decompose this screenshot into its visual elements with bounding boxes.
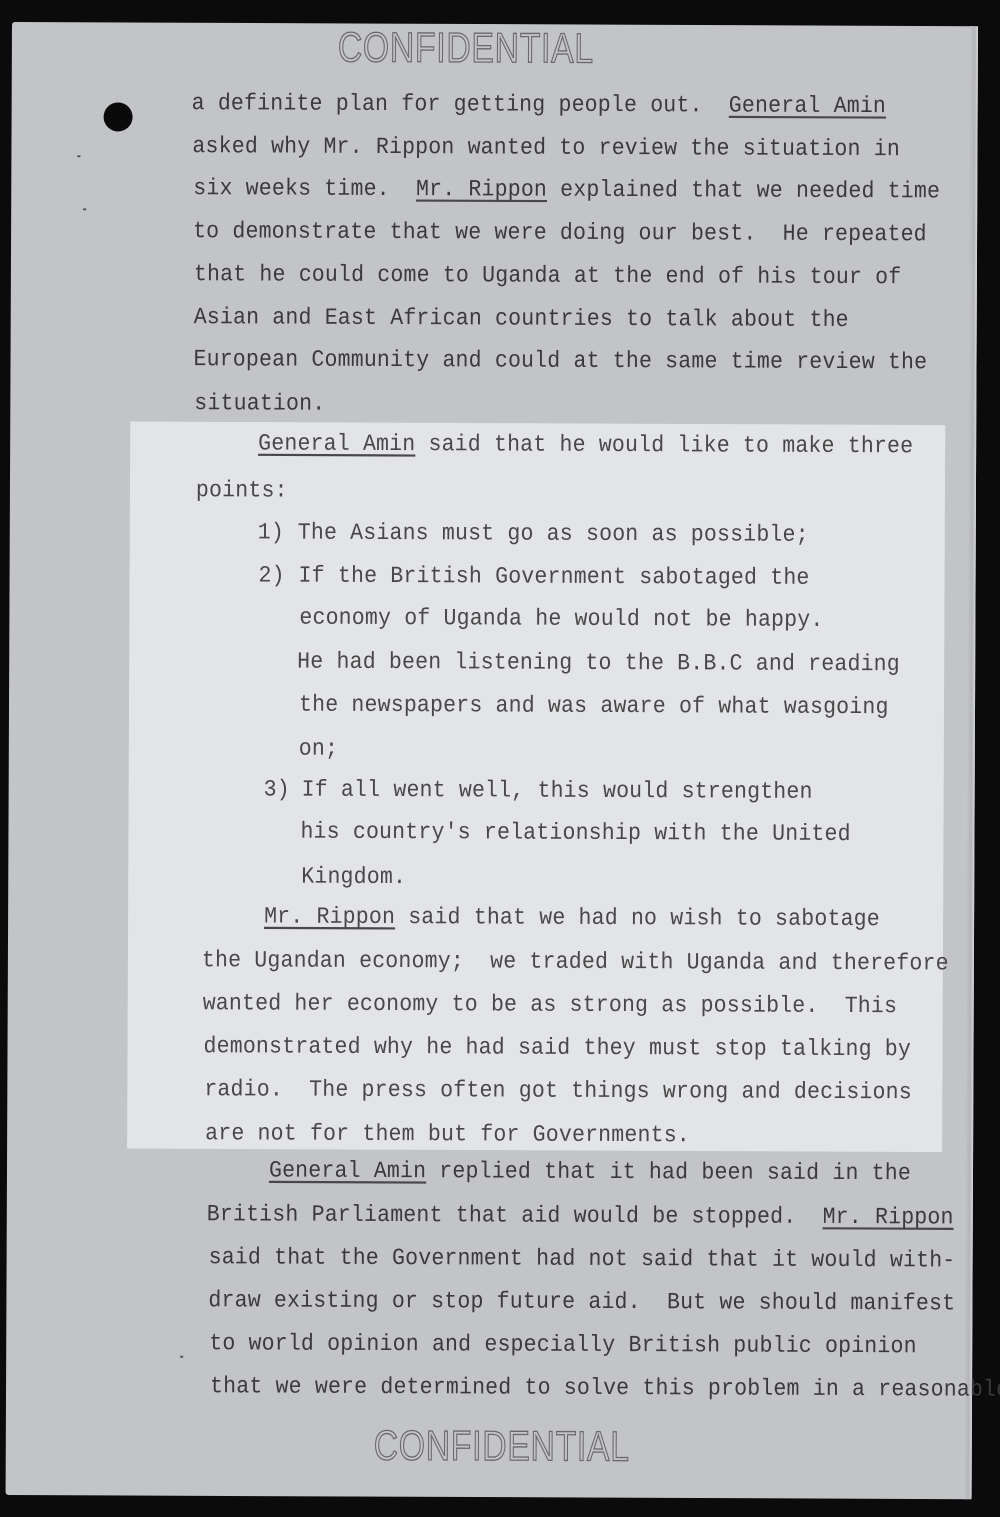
text-line: that he could come to Uganda at the end … <box>194 262 902 291</box>
speaker-name: Mr. Rippon <box>264 904 395 930</box>
list-item-text: If the British Government sabotaged the <box>299 563 810 591</box>
text-line: to demonstrate that we were doing our be… <box>193 219 927 248</box>
document-page: CONFIDENTIAL a definite plan for getting… <box>6 22 978 1499</box>
text-line: to world opinion and especially British … <box>209 1331 917 1360</box>
list-item-text: economy of Uganda he would not be happy. <box>299 605 823 633</box>
list-number: 3) <box>264 777 290 803</box>
list-item-text: If all went well, this would strengthen <box>302 777 813 805</box>
text-line: asked why Mr. Rippon wanted to review th… <box>192 134 900 163</box>
speaker-name: General Amin <box>258 431 415 458</box>
list-item-text: the newspapers and was aware of what was… <box>299 692 889 720</box>
speck <box>180 1356 183 1358</box>
text-line: that we were determined to solve this pr… <box>210 1374 1000 1403</box>
text-line: draw existing or stop future aid. But we… <box>208 1288 955 1317</box>
text-line: radio. The press often got things wrong … <box>204 1077 912 1106</box>
speck <box>83 208 86 210</box>
list-item-text: The Asians must go as soon as possible; <box>298 520 809 548</box>
speaker-name: Mr. Rippon <box>416 177 547 203</box>
confidential-stamp-bottom: CONFIDENTIAL <box>374 1422 630 1471</box>
text-line: General Amin replied that it had been sa… <box>269 1158 911 1187</box>
text-line: Mr. Rippon said that we had no wish to s… <box>264 904 880 933</box>
list-number: 1) <box>258 520 284 546</box>
confidential-stamp-top: CONFIDENTIAL <box>338 23 594 72</box>
page-edge <box>964 26 978 1499</box>
list-item-text: Kingdom. <box>301 864 406 890</box>
text-line: British Parliament that aid would be sto… <box>207 1202 954 1231</box>
speaker-name: General Amin <box>269 1158 426 1185</box>
text-line: are not for them but for Governments. <box>205 1121 690 1149</box>
list-number: 2) <box>259 563 285 589</box>
text-line: said that the Government had not said th… <box>209 1245 956 1274</box>
list-item-text: He had been listening to the B.B.C and r… <box>297 649 900 678</box>
speaker-name: Mr. Rippon <box>823 1205 954 1231</box>
speaker-name: General Amin <box>729 93 886 120</box>
speck <box>77 155 80 157</box>
text-line: Asian and East African countries to talk… <box>194 305 849 334</box>
text-line: demonstrated why he had said they must s… <box>203 1034 911 1063</box>
text-line: the Ugandan economy; we traded with Ugan… <box>202 948 949 977</box>
text-line: situation. <box>194 391 325 417</box>
text-line: a definite plan for getting people out. … <box>192 91 887 120</box>
list-item-text: on; <box>299 736 338 762</box>
punch-hole <box>104 102 133 131</box>
text-line: European Community and could at the same… <box>193 347 927 376</box>
text-line: six weeks time. Mr. Rippon explained tha… <box>193 176 940 205</box>
text-line: wanted her economy to be as strong as po… <box>203 991 898 1020</box>
text-line: General Amin said that he would like to … <box>258 431 913 460</box>
text-line: points: <box>196 478 288 504</box>
list-item-text: his country's relationship with the Unit… <box>300 819 850 847</box>
